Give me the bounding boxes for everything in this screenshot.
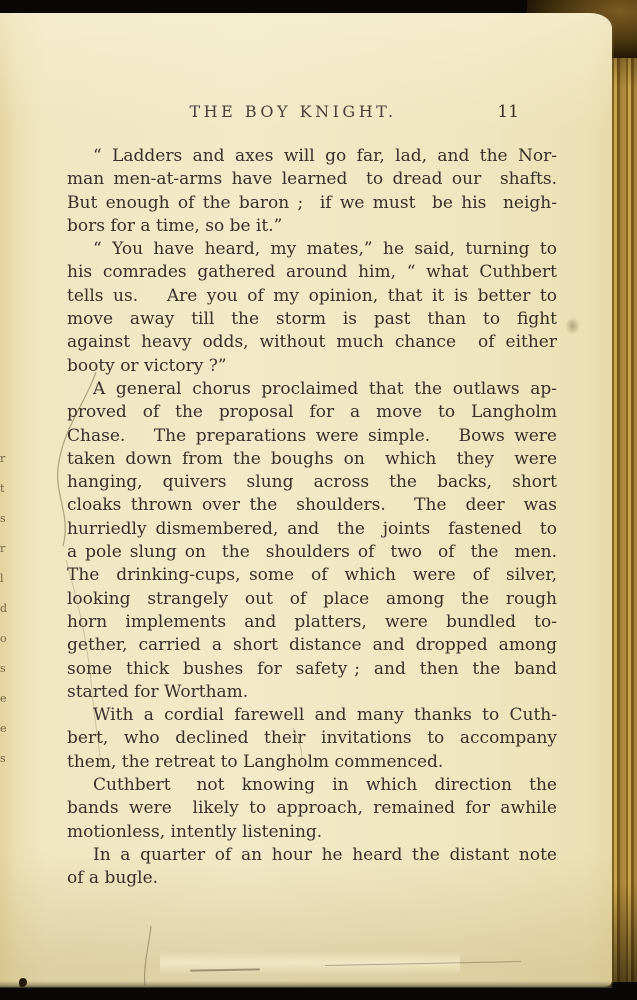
- page-header: THE BOY KNIGHT. 11: [67, 102, 555, 126]
- edge-letter-fragment: s: [0, 662, 7, 675]
- text-line: cloaks thrown over the shoulders. The de…: [67, 494, 557, 517]
- text-line: looking strangely out of place among the…: [67, 588, 557, 611]
- text-line: started for Wortham.: [67, 681, 557, 704]
- edge-letter-fragment: s: [0, 512, 7, 525]
- text-line: bands were likely to approach, remained …: [67, 797, 557, 820]
- text-line: bert, who declined their invitations to …: [67, 727, 557, 750]
- edge-fragments: rtsrldosees: [0, 0, 8, 1000]
- edge-letter-fragment: l: [0, 572, 7, 585]
- text-line: horn implements and platters, were bundl…: [67, 611, 557, 634]
- text-line: them, the retreat to Langholm commenced.: [67, 751, 557, 774]
- book-fore-edge: [609, 10, 637, 982]
- paragraph: Cuthbert not knowing in which direction …: [67, 774, 557, 844]
- text-line: “ You have heard, my mates,” he said, tu…: [67, 238, 557, 261]
- text-line: “ Ladders and axes will go far, lad, and…: [67, 145, 557, 168]
- text-line: motionless, intently listening.: [67, 821, 557, 844]
- text-line: But enough of the baron ; if we must be …: [67, 192, 557, 215]
- text-line: booty or victory ?”: [67, 355, 557, 378]
- paragraph: “ Ladders and axes will go far, lad, and…: [67, 145, 557, 238]
- text-line: A general chorus proclaimed that the out…: [67, 378, 557, 401]
- text-line: The drinking-cups, some of which were of…: [67, 564, 557, 587]
- edge-letter-fragment: d: [0, 602, 7, 615]
- text-line: some thick bushes for safety ; and then …: [67, 658, 557, 681]
- book-scan-photo: THE BOY KNIGHT. 11 “ Ladders and axes wi…: [0, 0, 637, 1000]
- text-line: proved of the proposal for a move to Lan…: [67, 401, 557, 424]
- text-line: move away till the storm is past than to…: [67, 308, 557, 331]
- text-line: bors for a time, so be it.”: [67, 215, 557, 238]
- text-line: Cuthbert not knowing in which direction …: [67, 774, 557, 797]
- edge-letter-fragment: r: [0, 542, 7, 555]
- text-line: of a bugle.: [67, 867, 557, 890]
- book-page: THE BOY KNIGHT. 11 “ Ladders and axes wi…: [0, 13, 612, 987]
- edge-letter-fragment: e: [0, 722, 7, 735]
- text-line: In a quarter of an hour he heard the dis…: [67, 844, 557, 867]
- edge-letter-fragment: r: [0, 452, 7, 465]
- text-line: tells us. Are you of my opinion, that it…: [67, 285, 557, 308]
- edge-letter-fragment: t: [0, 482, 7, 495]
- text-line: his comrades gathered around him, “ what…: [67, 261, 557, 284]
- paragraph: In a quarter of an hour he heard the dis…: [67, 844, 557, 891]
- edge-letter-fragment: o: [0, 632, 7, 645]
- text-line: hurriedly dismembered, and the joints fa…: [67, 518, 557, 541]
- edge-letter-fragment: s: [0, 752, 7, 765]
- text-line: taken down from the boughs on which they…: [67, 448, 557, 471]
- paragraph: “ You have heard, my mates,” he said, tu…: [67, 238, 557, 378]
- text-line: With a cordial farewell and many thanks …: [67, 704, 557, 727]
- text-line: against heavy odds, without much chance …: [67, 331, 557, 354]
- text-line: gether, carried a short distance and dro…: [67, 634, 557, 657]
- text-line: man men-at-arms have learned to dread ou…: [67, 168, 557, 191]
- page-number: 11: [497, 102, 519, 122]
- paper-stain: [565, 317, 580, 335]
- page-body: “ Ladders and axes will go far, lad, and…: [67, 145, 557, 891]
- text-line: Chase. The preparations were simple. Bow…: [67, 425, 557, 448]
- text-line: a pole slung on the shoulders of two of …: [67, 541, 557, 564]
- running-title: THE BOY KNIGHT.: [67, 102, 519, 121]
- paragraph: A general chorus proclaimed that the out…: [67, 378, 557, 704]
- edge-letter-fragment: e: [0, 692, 7, 705]
- text-line: hanging, quivers slung across the backs,…: [67, 471, 557, 494]
- paragraph: With a cordial farewell and many thanks …: [67, 704, 557, 774]
